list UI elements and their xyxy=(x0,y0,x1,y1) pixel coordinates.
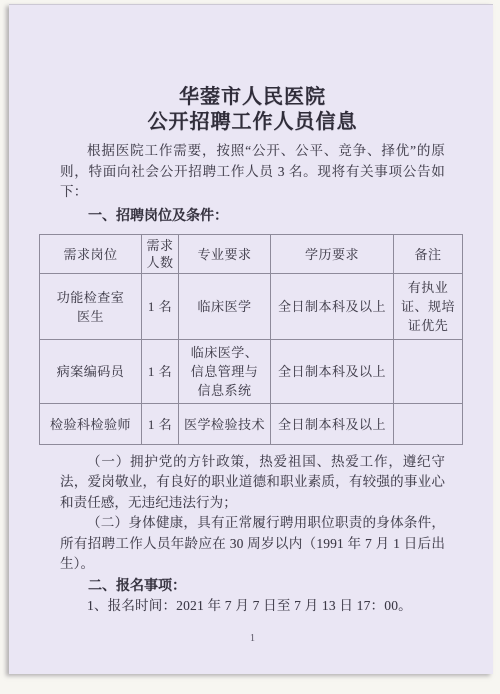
recruitment-table-wrapper: 需求岗位 需求 人数 专业要求 学历要求 备注 功能检查室 医生 1 名 临床医… xyxy=(39,234,462,445)
table-header-major: 专业要求 xyxy=(179,235,271,274)
table-cell-education: 全日制本科及以上 xyxy=(271,340,394,404)
table-cell-headcount: 1 名 xyxy=(142,340,179,404)
table-header-row: 需求岗位 需求 人数 专业要求 学历要求 备注 xyxy=(40,235,463,274)
table-cell-position: 功能检查室 医生 xyxy=(40,274,142,340)
signup-item-1: 1、报名时间：2021 年 7 月 7 日至 7 月 13 日 17：00。 xyxy=(60,596,445,617)
table-row: 功能检查室 医生 1 名 临床医学 全日制本科及以上 有执业 证、规培 证优先 xyxy=(40,274,463,340)
section-1-heading: 一、招聘岗位及条件： xyxy=(60,205,445,226)
document-page: 华蓥市人民医院 公开招聘工作人员信息 根据医院工作需要，按照“公开、公平、竞争、… xyxy=(9,4,493,674)
table-header-remarks: 备注 xyxy=(394,235,463,274)
document-title: 华蓥市人民医院 公开招聘工作人员信息 xyxy=(60,85,445,135)
table-cell-remarks xyxy=(394,340,463,404)
section-2-heading: 二、报名事项： xyxy=(60,575,445,596)
conditions-block: （一）拥护党的方针政策，热爱祖国、热爱工作，遵纪守法，爱岗敬业，有良好的职业道德… xyxy=(60,452,445,574)
condition-1: （一）拥护党的方针政策，热爱祖国、热爱工作，遵纪守法，爱岗敬业，有良好的职业道德… xyxy=(60,452,445,513)
table-cell-education: 全日制本科及以上 xyxy=(271,404,394,445)
recruitment-table: 需求岗位 需求 人数 专业要求 学历要求 备注 功能检查室 医生 1 名 临床医… xyxy=(39,234,463,445)
table-header-position: 需求岗位 xyxy=(40,235,142,274)
intro-paragraph: 根据医院工作需要，按照“公开、公平、竞争、择优”的原则，特面向社会公开招聘工作人… xyxy=(60,141,445,203)
page-number: 1 xyxy=(60,633,445,644)
condition-2: （二）身体健康，具有正常履行聘用职位职责的身体条件，所有招聘工作人员年龄应在 3… xyxy=(60,513,445,574)
table-header-education: 学历要求 xyxy=(271,235,394,274)
table-header-headcount: 需求 人数 xyxy=(142,235,179,274)
table-cell-remarks: 有执业 证、规培 证优先 xyxy=(394,274,463,340)
table-cell-position: 检验科检验师 xyxy=(40,404,142,445)
table-cell-major: 临床医学 xyxy=(179,274,271,340)
table-cell-major: 医学检验技术 xyxy=(179,404,271,445)
table-cell-remarks xyxy=(394,404,463,445)
table-row: 检验科检验师 1 名 医学检验技术 全日制本科及以上 xyxy=(40,404,463,445)
table-cell-education: 全日制本科及以上 xyxy=(271,274,394,340)
document-content: 华蓥市人民医院 公开招聘工作人员信息 根据医院工作需要，按照“公开、公平、竞争、… xyxy=(9,85,493,644)
document-title-line1: 华蓥市人民医院 xyxy=(60,85,445,110)
table-cell-major: 临床医学、 信息管理与 信息系统 xyxy=(179,340,271,404)
table-row: 病案编码员 1 名 临床医学、 信息管理与 信息系统 全日制本科及以上 xyxy=(40,340,463,404)
table-cell-headcount: 1 名 xyxy=(142,404,179,445)
document-title-line2: 公开招聘工作人员信息 xyxy=(60,110,445,135)
table-cell-position: 病案编码员 xyxy=(40,340,142,404)
table-cell-headcount: 1 名 xyxy=(142,274,179,340)
